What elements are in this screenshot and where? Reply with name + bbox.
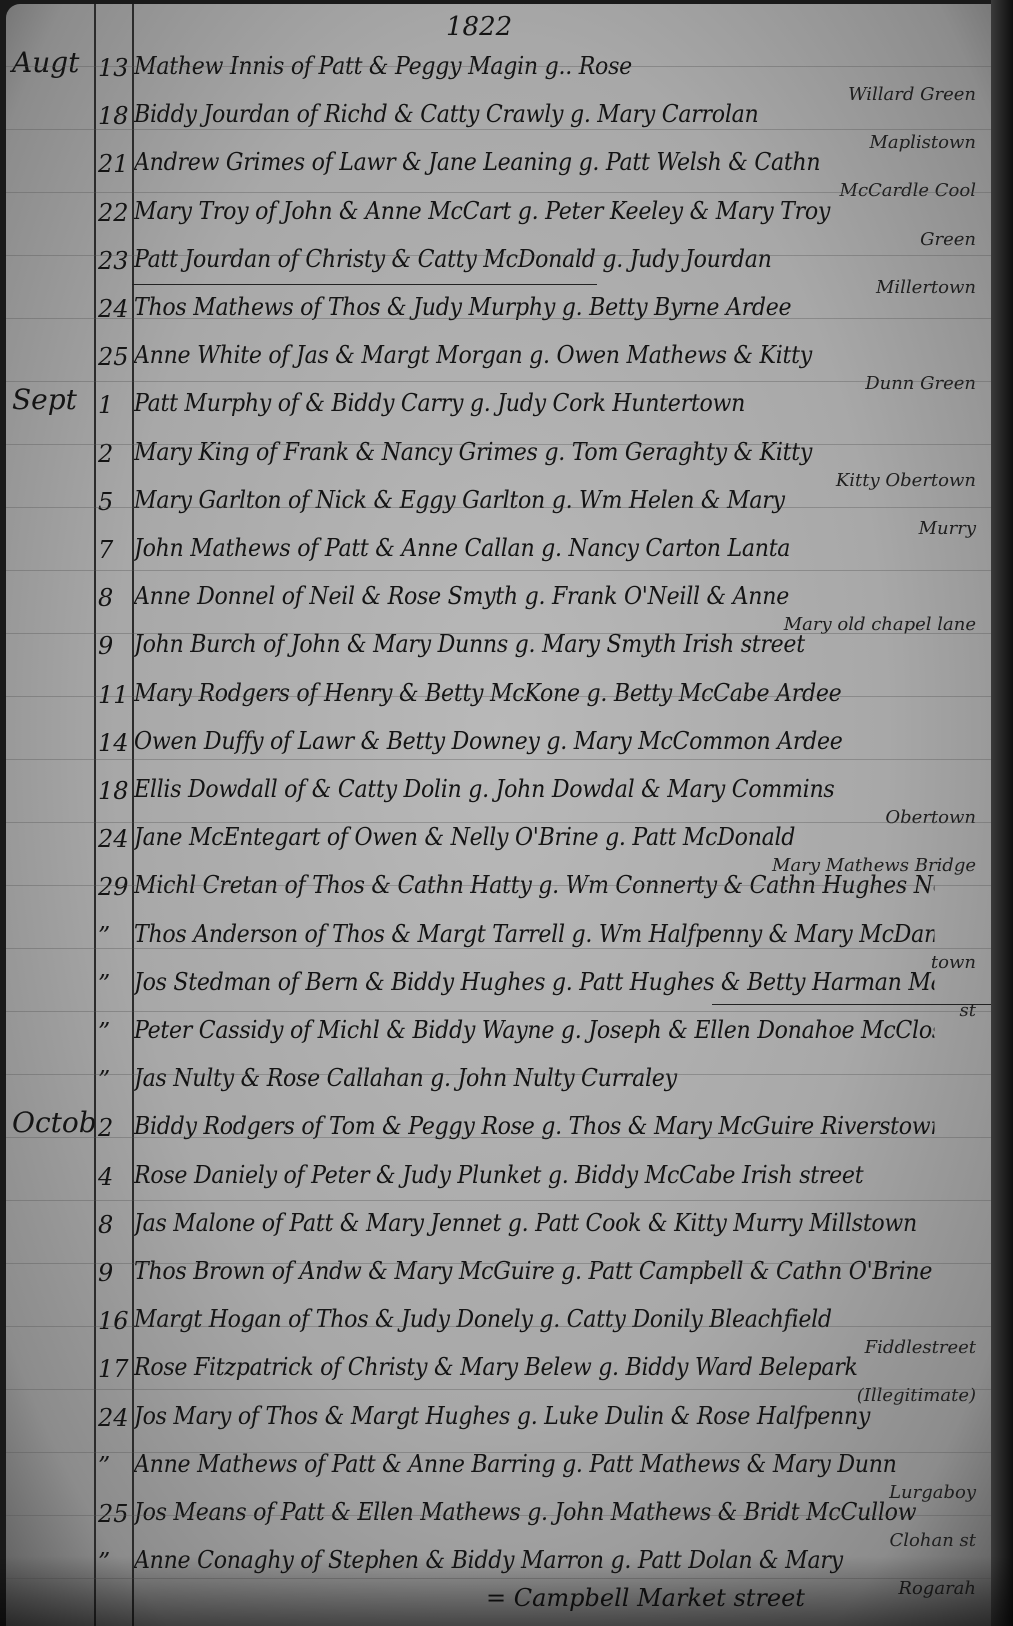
entry-day: 9: [98, 1259, 130, 1287]
entry-day: ”: [98, 1548, 130, 1576]
entry-month: Octob: [12, 1106, 92, 1139]
entry-day: 18: [98, 102, 130, 130]
entry-text: Biddy Jourdan of Richd & Catty Crawly g.…: [134, 100, 934, 128]
entry-text: Rose Daniely of Peter & Judy Plunket g. …: [134, 1161, 934, 1189]
entry-day: 2: [98, 440, 130, 468]
entry-day: 24: [98, 295, 130, 323]
entry-text: Jos Stedman of Bern & Biddy Hughes g. Pa…: [134, 968, 934, 996]
entry-day: 17: [98, 1355, 130, 1383]
entry-text: Patt Murphy of & Biddy Carry g. Judy Cor…: [134, 389, 934, 417]
entry-day: 22: [98, 199, 130, 227]
entry-text: Mary King of Frank & Nancy Grimes g. Tom…: [134, 438, 934, 466]
entry-text: Mathew Innis of Patt & Peggy Magin g.. R…: [134, 52, 934, 80]
entry-text: Jos Mary of Thos & Margt Hughes g. Luke …: [134, 1402, 934, 1430]
entry-day: 11: [98, 681, 130, 709]
entry-continuation: = Campbell Market street: [486, 1584, 805, 1612]
entry-day: 13: [98, 54, 130, 82]
page-year: 1822: [446, 12, 512, 42]
entry-text: Thos Brown of Andw & Mary McGuire g. Pat…: [134, 1257, 934, 1285]
register-page: 1822 Augt13Mathew Innis of Patt & Peggy …: [6, 4, 996, 1626]
entry-text: Anne Mathews of Patt & Anne Barring g. P…: [134, 1450, 934, 1478]
entry-day: 29: [98, 873, 130, 901]
book-binding-edge: [991, 0, 1013, 1626]
entry-day: 5: [98, 488, 130, 516]
entry-day: 14: [98, 729, 130, 757]
entry-day: 25: [98, 1500, 130, 1528]
entry-day: 9: [98, 632, 130, 660]
entry-day: 2: [98, 1114, 130, 1142]
entry-day: ”: [98, 922, 130, 950]
entry-text: Rose Fitzpatrick of Christy & Mary Belew…: [134, 1353, 934, 1381]
entry-text: Anne Conaghy of Stephen & Biddy Marron g…: [134, 1546, 934, 1574]
entry-day: 8: [98, 1211, 130, 1239]
entry-day: 25: [98, 343, 130, 371]
entry-month: Sept: [12, 383, 92, 416]
entry-day: 8: [98, 584, 130, 612]
entry-text: Mary Garlton of Nick & Eggy Garlton g. W…: [134, 486, 934, 514]
entry-day: 24: [98, 825, 130, 853]
entry-day: ”: [98, 1018, 130, 1046]
entry-text: Jane McEntegart of Owen & Nelly O'Brine …: [134, 823, 934, 851]
entry-text: Mary Troy of John & Anne McCart g. Peter…: [134, 197, 934, 225]
entry-day: 18: [98, 777, 130, 805]
entry-text: Peter Cassidy of Michl & Biddy Wayne g. …: [134, 1016, 934, 1044]
entry-day: 16: [98, 1307, 130, 1335]
entry-text: John Mathews of Patt & Anne Callan g. Na…: [134, 534, 934, 562]
entry-text: Thos Anderson of Thos & Margt Tarrell g.…: [134, 920, 934, 948]
entry-text: Jas Malone of Patt & Mary Jennet g. Patt…: [134, 1209, 934, 1237]
entry-text: John Burch of John & Mary Dunns g. Mary …: [134, 630, 934, 658]
entry-text: Anne White of Jas & Margt Morgan g. Owen…: [134, 341, 934, 369]
entry-month: Augt: [12, 46, 92, 79]
entry-text: Owen Duffy of Lawr & Betty Downey g. Mar…: [134, 727, 934, 755]
entry-text: Ellis Dowdall of & Catty Dolin g. John D…: [134, 775, 934, 803]
entry-text: Jas Nulty & Rose Callahan g. John Nulty …: [134, 1064, 934, 1092]
entry-day: ”: [98, 1066, 130, 1094]
entry-text: Anne Donnel of Neil & Rose Smyth g. Fran…: [134, 582, 934, 610]
entry-day: 1: [98, 391, 130, 419]
entry-text: Andrew Grimes of Lawr & Jane Leaning g. …: [134, 148, 934, 176]
entry-day: 24: [98, 1404, 130, 1432]
entry-day: ”: [98, 1452, 130, 1480]
entry-day: 7: [98, 536, 130, 564]
entry-text: Mary Rodgers of Henry & Betty McKone g. …: [134, 679, 934, 707]
entry-day: ”: [98, 970, 130, 998]
entry-text: Michl Cretan of Thos & Cathn Hatty g. Wm…: [134, 871, 934, 899]
entry-day: 21: [98, 150, 130, 178]
entry-margin-note: Rogarah: [898, 1578, 976, 1599]
entry-day: 4: [98, 1163, 130, 1191]
entry-text: Thos Mathews of Thos & Judy Murphy g. Be…: [134, 293, 934, 321]
entry-text: Jos Means of Patt & Ellen Mathews g. Joh…: [134, 1498, 934, 1526]
entry-text: Biddy Rodgers of Tom & Peggy Rose g. Tho…: [134, 1112, 934, 1140]
entry-text: Margt Hogan of Thos & Judy Donely g. Cat…: [134, 1305, 934, 1333]
entry-text: Patt Jourdan of Christy & Catty McDonald…: [134, 245, 934, 273]
entry-day: 23: [98, 247, 130, 275]
